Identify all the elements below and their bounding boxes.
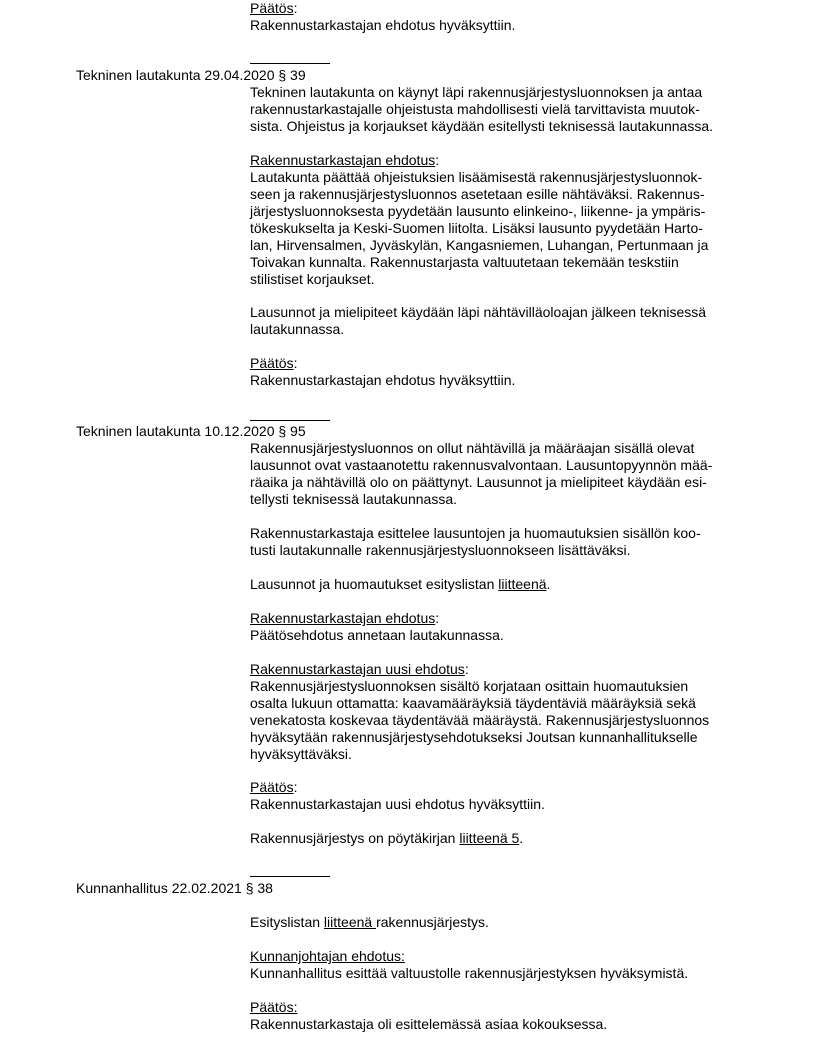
decision-label: Päätös: bbox=[250, 999, 297, 1015]
attachment-link[interactable]: liitteenä bbox=[498, 576, 546, 592]
section-heading: Tekninen lautakunta 10.12.2020 § 95 bbox=[76, 423, 306, 440]
proposal-label: Rakennustarkastajan ehdotus bbox=[250, 610, 435, 626]
new-proposal-block: Rakennustarkastajan uusi ehdotus: Rakenn… bbox=[250, 661, 750, 763]
section-separator bbox=[250, 63, 330, 64]
intro-decision: Päätös: Rakennustarkastajan ehdotus hyvä… bbox=[250, 0, 750, 34]
proposal-block: Kunnanjohtajan ehdotus: Kunnanhallitus e… bbox=[250, 948, 750, 982]
appendix-line: Rakennusjärjestys on pöytäkirjan liittee… bbox=[250, 830, 750, 847]
decision-block: Päätös: Rakennustarkastajan uusi ehdotus… bbox=[250, 779, 750, 813]
proposal-block: Rakennustarkastajan ehdotus: Päätösehdot… bbox=[250, 610, 750, 644]
document-page: Päätös: Rakennustarkastajan ehdotus hyvä… bbox=[0, 0, 816, 1056]
section-separator bbox=[250, 420, 330, 421]
attachment-line: Lausunnot ja huomautukset esityslistan l… bbox=[250, 576, 750, 593]
decision-text: Rakennustarkastajan uusi ehdotus hyväksy… bbox=[250, 796, 750, 813]
decision-text: Rakennustarkastajan ehdotus hyväksyttiin… bbox=[250, 372, 750, 389]
agenda-line: Esityslistan liitteenä rakennusjärjestys… bbox=[250, 914, 750, 931]
decision-label: Päätös bbox=[250, 355, 294, 371]
appendix-link[interactable]: liitteenä 5 bbox=[459, 830, 519, 846]
section-paragraph: Lausunnot ja mielipiteet käydään läpi nä… bbox=[250, 304, 750, 338]
decision-label: Päätös bbox=[250, 0, 294, 16]
proposal-block: Rakennustarkastajan ehdotus: Lautakunta … bbox=[250, 152, 750, 288]
proposal-text: Kunnanhallitus esittää valtuustolle rake… bbox=[250, 965, 750, 982]
agenda-attachment-link[interactable]: liitteenä bbox=[324, 914, 376, 930]
proposal-label: Kunnanjohtajan ehdotus: bbox=[250, 948, 405, 964]
section-paragraph: Tekninen lautakunta on käynyt läpi raken… bbox=[250, 84, 750, 135]
decision-text: Rakennustarkastajan ehdotus hyväksyttiin… bbox=[250, 17, 750, 34]
new-proposal-label: Rakennustarkastajan uusi ehdotus bbox=[250, 661, 465, 677]
decision-label: Päätös bbox=[250, 779, 294, 795]
section-paragraph: Rakennusjärjestysluonnos on ollut nähtäv… bbox=[250, 440, 750, 508]
decision-block: Päätös: Rakennustarkastaja oli esittelem… bbox=[250, 999, 750, 1033]
section-separator bbox=[250, 876, 330, 877]
proposal-label: Rakennustarkastajan ehdotus bbox=[250, 152, 435, 168]
section-heading: Kunnanhallitus 22.02.2021 § 38 bbox=[76, 880, 273, 897]
proposal-text: Päätösehdotus annetaan lautakunnassa. bbox=[250, 627, 750, 644]
decision-text: Rakennustarkastaja oli esittelemässä asi… bbox=[250, 1016, 750, 1033]
section-heading: Tekninen lautakunta 29.04.2020 § 39 bbox=[76, 67, 306, 84]
section-paragraph: Rakennustarkastaja esittelee lausuntojen… bbox=[250, 525, 750, 559]
decision-block: Päätös: Rakennustarkastajan ehdotus hyvä… bbox=[250, 355, 750, 389]
